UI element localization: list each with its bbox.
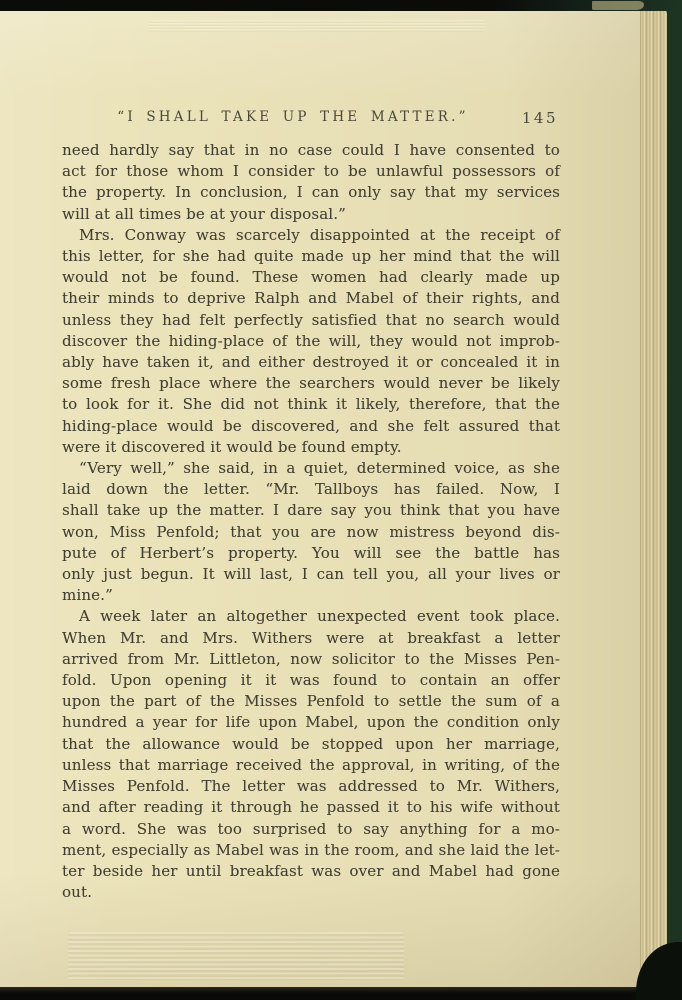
text-line: ably have taken it, and either destroyed… <box>62 352 560 373</box>
text-line: their minds to deprive Ralph and Mabel o… <box>62 288 560 309</box>
text-line: to look for it. She did not think it lik… <box>62 394 560 415</box>
running-head-title: “I SHALL TAKE UP THE MATTER.” <box>62 109 524 125</box>
text-line: this letter, for she had quite made up h… <box>62 246 560 267</box>
page-number: 145 <box>522 109 558 127</box>
page-text: need hardly say that in no case could I … <box>62 140 560 903</box>
text-line: arrived from Mr. Littleton, now solicito… <box>62 649 560 670</box>
text-line: hundred a year for life upon Mabel, upon… <box>62 712 560 733</box>
text-line: Mrs. Conway was scarcely disappointed at… <box>62 225 560 246</box>
text-line: act for those whom I consider to be unla… <box>62 161 560 182</box>
page-edge-streaks-bottom <box>68 932 404 980</box>
text-line: hiding-place would be discovered, and sh… <box>62 416 560 437</box>
scan-bottom-edge <box>0 987 650 1000</box>
text-line: Misses Penfold. The letter was addressed… <box>62 776 560 797</box>
text-line: only just begun. It will last, I can tel… <box>62 564 560 585</box>
text-line: mine.” <box>62 585 560 606</box>
text-line: fold. Upon opening it it was found to co… <box>62 670 560 691</box>
text-line: and after reading it through he passed i… <box>62 797 560 818</box>
page-edge-streaks-top <box>148 20 486 32</box>
text-line: would not be found. These women had clea… <box>62 267 560 288</box>
text-line: shall take up the matter. I dare say you… <box>62 500 560 521</box>
text-line: unless that marriage received the approv… <box>62 755 560 776</box>
text-line: laid down the letter. “Mr. Tallboys has … <box>62 479 560 500</box>
paragraph: need hardly say that in no case could I … <box>62 140 560 225</box>
text-line: the property. In conclusion, I can only … <box>62 182 560 203</box>
scan-top-edge <box>0 0 682 11</box>
text-line: upon the part of the Misses Penfold to s… <box>62 691 560 712</box>
text-line: will at all times be at your disposal.” <box>62 204 560 225</box>
stacked-page-edges <box>640 8 667 992</box>
text-line: unless they had felt perfectly satisfied… <box>62 310 560 331</box>
text-line: “Very well,” she said, in a quiet, deter… <box>62 458 560 479</box>
text-line: that the allowance would be stopped upon… <box>62 734 560 755</box>
text-line: won, Miss Penfold; that you are now mist… <box>62 522 560 543</box>
text-line: ter beside her until breakfast was over … <box>62 861 560 903</box>
torn-paper-corner <box>592 1 644 10</box>
paragraph: Mrs. Conway was scarcely disappointed at… <box>62 225 560 458</box>
text-line: were it discovered it would be found emp… <box>62 437 560 458</box>
text-line: some fresh place where the searchers wou… <box>62 373 560 394</box>
text-line: pute of Herbert’s property. You will see… <box>62 543 560 564</box>
text-line: need hardly say that in no case could I … <box>62 140 560 161</box>
running-head: “I SHALL TAKE UP THE MATTER.” 145 <box>62 109 560 131</box>
text-line: discover the hiding-place of the will, t… <box>62 331 560 352</box>
scanned-book-page: “I SHALL TAKE UP THE MATTER.” 145 need h… <box>0 0 682 1000</box>
text-line: A week later an altogether unexpected ev… <box>62 606 560 627</box>
text-line: When Mr. and Mrs. Withers were at breakf… <box>62 628 560 649</box>
paragraph: A week later an altogether unexpected ev… <box>62 606 560 903</box>
text-line: ment, especially as Mabel was in the roo… <box>62 840 560 861</box>
text-line: a word. She was too surprised to say any… <box>62 819 560 840</box>
paragraph: “Very well,” she said, in a quiet, deter… <box>62 458 560 606</box>
